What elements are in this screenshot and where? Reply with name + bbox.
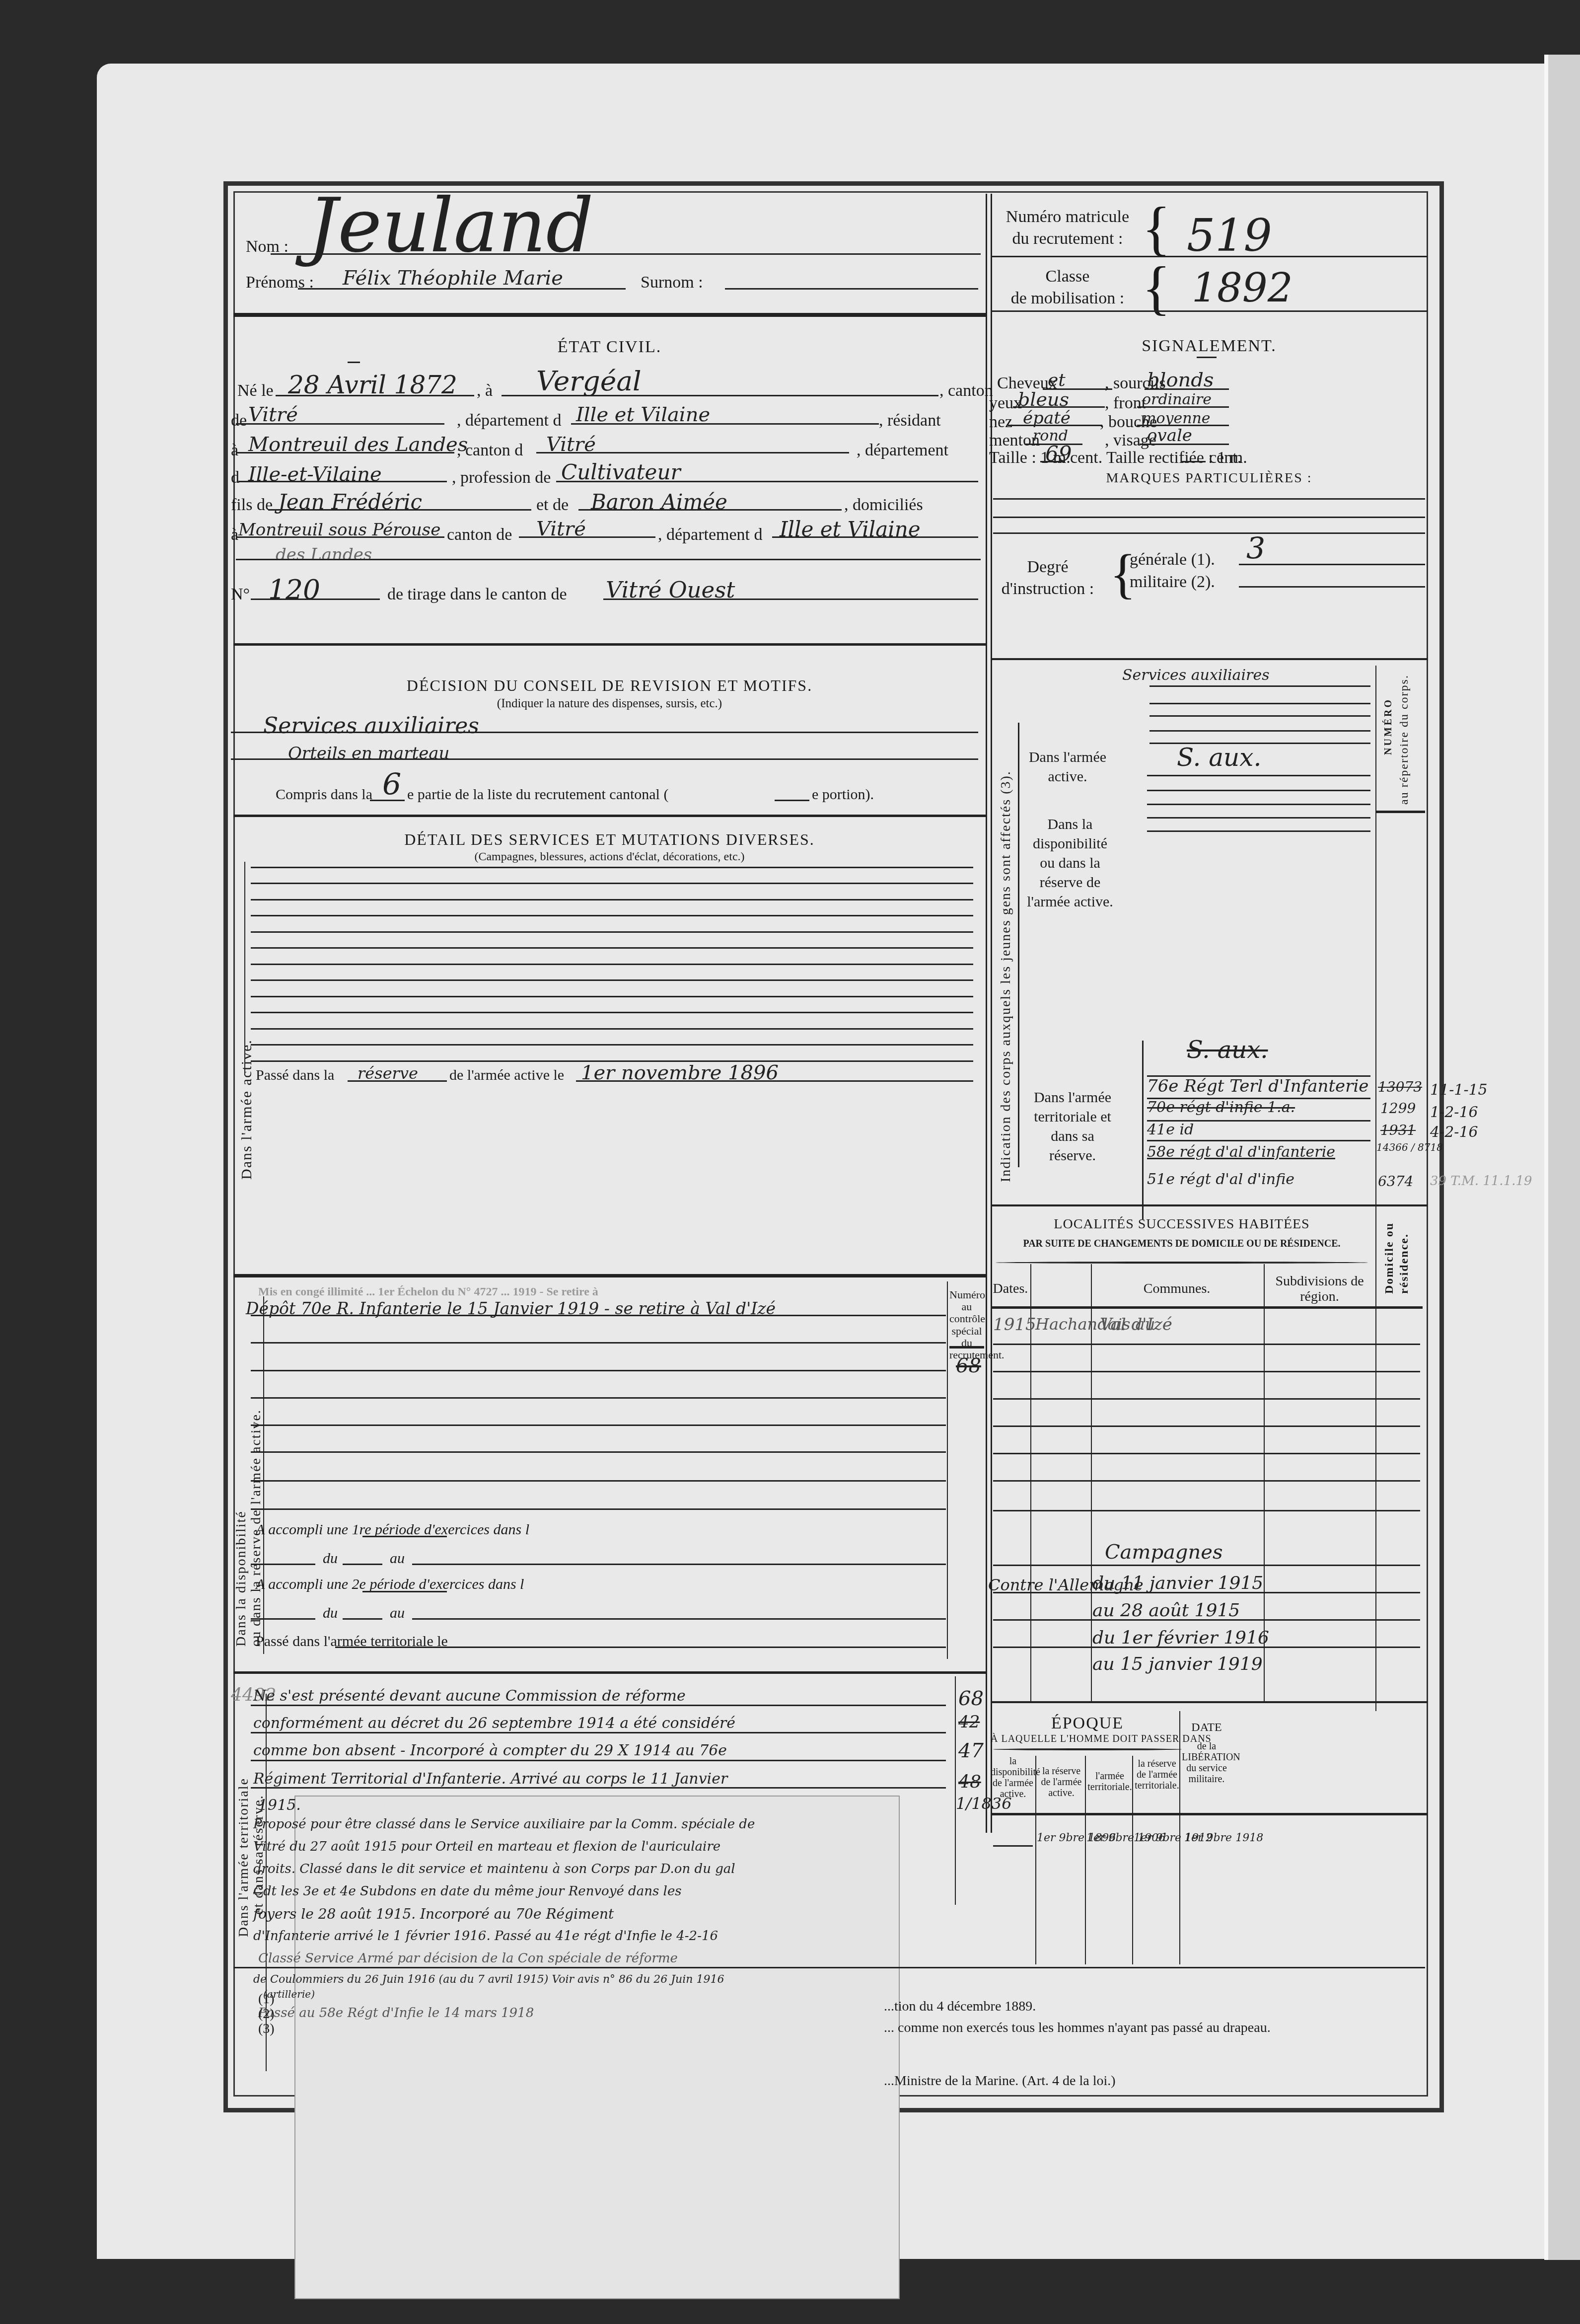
localites-line [993,1480,1420,1482]
epoque-col-territoriale: l'armée territoriale. [1087,1771,1132,1793]
domicile-canton-value: Vitré [536,519,586,539]
decision-line-1: Services auxiliaires [263,715,479,737]
territoriale-line: 1915. [258,1798,301,1813]
portion-line [775,800,809,801]
corps-territoriale-row: 41e id [1147,1123,1194,1137]
matricule-divider [991,256,1428,257]
nez-value: épaté [1023,410,1071,427]
surnom-field-line [725,288,978,290]
disponibilite-line [251,1451,946,1453]
epoque-col-disponibilite: la disponibilité de l'armée active. [991,1756,1035,1799]
domicile-value: Montreuil sous Pérouse [238,522,440,538]
etat-civil-rule [236,559,981,560]
a-label: , à [477,382,493,399]
profession-value: Cultivateur [561,462,681,483]
disponibilite-line [251,1397,946,1399]
sourcils-value: blonds [1147,370,1214,390]
corps-dispo-line [1147,804,1370,805]
disponibilite-line [251,1508,946,1510]
corps-territoriale-label: Dans l'armée territoriale et dans sa rés… [1028,1088,1117,1165]
detail-line [251,915,973,916]
territoriale-line: de Coulommiers du 26 Juin 1916 (au du 7 … [253,1974,724,1985]
decision-divider [233,815,986,817]
yeux-label: yeux [989,395,1022,412]
corps-active-value: Services auxiliaires [1122,668,1270,683]
territoriale-rule [251,1787,946,1789]
corps-territoriale-row: S. aux. [1187,1038,1268,1062]
footnote-rule [233,1967,1425,1968]
territoriale-line: Classé Service Armé par décision de la C… [258,1952,678,1965]
residant-label: , résidant [879,412,941,429]
departement-label-2: , département [857,442,948,459]
territoriale-rule [251,1705,946,1706]
brace: { [1142,258,1171,318]
localites-header-rule [991,1306,1423,1309]
territoriale-side-label-1: Dans l'armée territoriale [236,1778,252,1937]
canton-value: Vitré [248,405,298,425]
periode1-au-line [412,1564,946,1565]
disponibilite-divider [233,1671,986,1674]
detail-line [251,1028,973,1030]
corps-active-line [1149,730,1370,732]
passe-suffix: de l'armée active le [449,1068,564,1083]
territoriale-numero: 47 [958,1741,984,1761]
localites-line [993,1565,1420,1566]
corps-active-line [1149,715,1370,717]
detail-line [251,867,973,868]
territoriale-line: foyers le 28 août 1915. Incorporé au 70e… [253,1907,614,1921]
departement-label: , département d [457,412,562,429]
numero-repertoire-header-2: au répertoire du corps. [1398,675,1411,805]
disponibilite-line [251,1342,946,1344]
corps-bracket [1018,723,1019,1167]
fils-de-label: fils de [231,497,273,514]
epoque-col-divider [1132,1756,1133,1964]
corps-disponibilite-value: S. aux. [1177,745,1261,770]
ne-le-label: Né le [237,382,274,399]
passe-territoriale-line [335,1647,946,1648]
au-label-2: au [390,1606,405,1621]
liberation-title: DATE [1182,1721,1231,1734]
section-divider [233,643,986,646]
territoriale-numero: 48 [958,1773,981,1791]
tirage-no-value: 120 [268,576,320,603]
liberation-subtitle: de la LIBÉRATION du service militaire. [1182,1741,1231,1785]
detail-line [251,931,973,933]
visage-value: ovale [1147,427,1192,444]
epoque-col-reserve-active: la réserve de l'armée active. [1038,1766,1085,1799]
epoque-header-rule [991,1813,1428,1815]
domicile-correction: des Landes [276,546,372,563]
militaire-label: militaire (2). [1130,574,1215,591]
title-rule [1197,357,1217,358]
localites-col-subdivisions: Subdivisions de région. [1266,1274,1373,1305]
front-label: , front [1105,395,1146,412]
corps-territoriale-date: 1-2-16 [1430,1105,1478,1120]
compris-value: 6 [382,770,401,800]
numero-header-rule [949,1346,984,1349]
disponibilite-side-bracket [263,1296,264,1654]
instruction-label: Degré d'instruction : [998,556,1097,600]
front-value: ordinaire [1142,392,1212,407]
faded-stamp: Mis en congé illimité ... 1er Échelon du… [258,1285,598,1298]
passe-label: Passé dans la [256,1068,334,1083]
brace: { [1142,199,1171,258]
localites-col-communes: Communes. [1092,1281,1261,1297]
territoriale-numero: 68 [958,1689,984,1709]
passe-date: 1er novembre 1896 [581,1063,779,1083]
localites-side-label-1: Domicile ou [1383,1222,1396,1294]
territoriale-line: Proposé pour être classé dans le Service… [253,1818,755,1831]
instruction-label-line-1: Degré [998,556,1097,578]
decision-subtitle: (Indiquer la nature des dispenses, sursi… [233,697,986,711]
corps-dispo-line [1147,775,1370,776]
corps-divider [991,1204,1428,1206]
localites-title: LOCALITÉS SUCCESSIVES HABITÉES [991,1217,1373,1232]
tirage-no-label: N° [231,586,250,603]
portion-label: e portion). [812,787,874,802]
classe-label: Classe de mobilisation : [993,266,1142,309]
classe-value: 1892 [1192,268,1293,308]
signalement-title: SIGNALEMENT. [991,337,1428,356]
disponibilite-side-label-1: Dans la disponibilité [233,1510,249,1647]
et-de-label: et de [536,497,569,514]
header-divider [233,313,986,317]
detail-line [251,964,973,965]
passe-value: réserve [358,1065,418,1081]
territoriale-line: conformément au décret du 26 septembre 1… [253,1716,735,1731]
generale-label: générale (1). [1130,551,1215,568]
detail-subtitle: (Campagnes, blessures, actions d'éclat, … [233,850,986,863]
corps-territoriale-numero: 13073 [1378,1080,1422,1094]
territoriale-line: Vitré du 27 août 1915 pour Orteil en mar… [253,1840,720,1853]
territoriale-line: Ne s'est présenté devant aucune Commissi… [253,1689,686,1704]
numero-controle-header: Numéro au contrôle spécial du recrutemen… [949,1289,984,1361]
detail-line [251,979,973,981]
cheveux-value: et [1048,372,1066,389]
corps-territoriale-row: 76e Régt Terl d'Infanterie [1147,1078,1368,1095]
corps-active-line [1149,703,1370,704]
d-label: d [231,469,239,486]
matricule-label: Numéro matricule du recrutement : [993,206,1142,250]
profession-label: , profession de [452,469,551,486]
corps-territoriale-numero: 14366 / 8718 [1376,1142,1443,1152]
territoriale-line: Passé au 58e Régt d'Infie le 14 mars 191… [258,2007,534,2020]
epoque-col-reserve-territoriale: la réserve de l'armée territoriale. [1135,1758,1179,1791]
corps-disponibilite-label: Dans la disponibilité ou dans la réserve… [1025,815,1115,911]
residant-departement-value: Ille-et-Vilaine [248,464,382,484]
residant-value: Montreuil des Landes [248,435,468,454]
campagnes-title: Campagnes [1105,1542,1222,1562]
campagnes-period: au 28 août 1915 [1092,1602,1240,1620]
footnote-1: ...tion du 4 décembre 1889. [884,1999,1036,2015]
corps-territoriale-date: 11-1-15 [1430,1083,1488,1098]
decision-rule-2 [231,758,978,760]
marques-line-3 [993,532,1425,534]
taille-value: 69 [1045,444,1072,464]
classe-divider [991,310,1428,312]
de-label: de [231,412,247,429]
localites-brace [996,1262,1368,1264]
disponibilite-line [251,1370,946,1371]
corps-territoriale-brace [1142,1041,1144,1219]
localites-row-subdivision: Val d'Izé [1100,1316,1172,1333]
corps-dispo-line [1147,817,1370,819]
corps-active-label: Dans l'armée active. [1028,748,1107,786]
corps-territoriale-numero: 1931 [1380,1124,1416,1137]
territoriale-line: comme bon absent - Incorporé à compter d… [253,1743,727,1758]
territoriale-numero-divider [955,1676,956,1905]
epoque-col-divider [1035,1756,1036,1964]
instruction-label-line-2: d'instruction : [998,578,1097,600]
canton-label: , canton [939,382,993,399]
localites-line [993,1371,1420,1372]
footnote-2: ... comme non exercés tous les hommes n'… [884,2021,1271,2036]
detail-line [251,996,973,997]
epoque-empty-line [993,1845,1033,1847]
etat-civil-title: ÉTAT CIVIL. [233,338,986,357]
territoriale-rule [251,1760,946,1761]
domicilies-label: , domiciliés [844,497,923,514]
marques-line-2 [993,517,1425,518]
generale-line [1239,564,1425,565]
matricule-label-line-1: Numéro matricule [993,206,1142,228]
matricule-label-line-2: du recrutement : [993,228,1142,250]
classe-label-line-2: de mobilisation : [993,288,1142,309]
corps-territoriale-row: 51e régt d'al d'infie [1147,1172,1294,1187]
periode1-line [362,1536,447,1537]
du-label: du [323,1551,338,1566]
residant-a-label: à [231,442,238,459]
localites-divider [991,1701,1428,1703]
disponibilite-line [251,1480,946,1482]
numero-column-divider [947,1281,948,1659]
domicile-canton-label: canton de [447,526,512,543]
bouche-value: moyenne [1142,411,1211,426]
corps-territoriale-row: 58e régt d'al d'infanterie [1147,1145,1335,1160]
numero-repertoire-header-1: NUMÉRO [1383,698,1394,755]
footnote-1-mark: (1) [258,1992,275,2007]
periode2-du-line [343,1618,382,1620]
periode1-label: A accompli une 1re période d'exercices d… [256,1522,529,1537]
column-divider [986,194,987,1833]
localites-line [993,1425,1420,1427]
footnote-3: ...Ministre de la Marine. (Art. 4 de la … [884,2074,1116,2089]
detail-line [251,1012,973,1013]
detail-line [251,899,973,900]
disponibilite-line [251,1424,946,1426]
detail-divider [233,1274,986,1277]
localites-row-date: 1915 [993,1316,1036,1333]
prenoms-value: Félix Théophile Marie [343,268,563,288]
mere-value: Baron Aimée [591,492,727,513]
territoriale-line: Régiment Territorial d'Infanterie. Arriv… [253,1772,727,1787]
localites-subtitle: PAR SUITE DE CHANGEMENTS DE DOMICILE OU … [991,1238,1373,1249]
numero-header-rule [1375,811,1425,813]
localites-line [993,1398,1420,1400]
ne-le-value: 28 Avril 1872 [288,373,457,397]
nez-label: nez [989,414,1012,431]
corps-dispo-line [1147,830,1370,832]
periode2-au-line [412,1618,946,1620]
marques-line-1 [993,498,1425,500]
tirage-canton-value: Vitré Ouest [606,579,735,601]
au-label: au [390,1551,405,1566]
territoriale-numero: 42 [958,1714,980,1730]
campagnes-period: au 15 janvier 1919 [1092,1655,1263,1673]
periode1-du-line [343,1564,382,1565]
classe-label-line-1: Classe [993,266,1142,288]
domicile-departement-label: , département d [658,526,763,543]
corps-territoriale-numero: 1299 [1380,1102,1416,1116]
footnote-3-mark: (3) [258,2022,275,2037]
departement-value: Ille et Vilaine [576,405,710,425]
detail-line [251,947,973,949]
militaire-line [1239,586,1425,588]
yeux-value: bleus [1018,390,1069,409]
detail-line [251,883,973,884]
domicile-departement-value: Ille et Vilaine [780,519,921,540]
epoque-title: ÉPOQUE [991,1715,1184,1732]
lieu-naissance-value: Vergéal [536,368,642,395]
epoque-col-divider [1085,1756,1086,1964]
periode2-line [362,1591,447,1592]
liberation-value: 1er 9bre 1918 [1184,1833,1263,1844]
corps-territoriale-numero: 6374 [1378,1175,1413,1189]
canton-d-label: , canton d [457,442,523,459]
corps-territoriale-date: 4-2-16 [1430,1125,1478,1140]
surnom-label: Surnom : [641,274,703,291]
corps-territoriale-date: 39 T.M. 11.1.19 [1430,1175,1532,1188]
corps-territoriale-line [1147,1140,1370,1141]
disponibilite-line [251,1315,946,1316]
taille-rectifiee-line [1181,461,1206,462]
generale-value: 3 [1246,534,1265,564]
territoriale-line: d'Infanterie arrivé le 1 février 1916. P… [253,1930,718,1943]
periode2-label: A accompli une 2e période d'exercices da… [256,1577,524,1592]
numero-controle-value: 68 [956,1356,981,1376]
nom-label: Nom : [246,238,288,255]
detail-line [251,1044,973,1046]
epoque-subtitle: À LAQUELLE L'HOMME DOIT PASSER DANS [991,1733,1184,1744]
decision-title: DÉCISION DU CONSEIL DE REVISION ET MOTIF… [233,676,986,695]
signalement-divider [991,658,1428,660]
tirage-label: de tirage dans le canton de [387,586,567,603]
campagnes-period: du 11 janvier 1915 [1092,1574,1263,1592]
footnote-2-mark: (2) [258,2007,275,2022]
localites-side-label-2: résidence. [1398,1233,1411,1294]
detail-title: DÉTAIL DES SERVICES ET MUTATIONS DIVERSE… [233,830,986,849]
marques-title: MARQUES PARTICULIÈRES : [991,471,1428,486]
corps-vertical-label: Indication des corps auxquels les jeunes… [998,770,1014,1182]
decision-rule-1 [231,732,978,733]
territoriale-rule [251,1732,946,1733]
epoque-brace [993,1748,1182,1750]
corps-dispo-line [1147,790,1370,791]
residant-canton-value: Vitré [546,435,596,454]
compris-label: Compris dans la [276,787,372,802]
domicile-a-label: à [231,526,238,543]
localites-col-divider [1375,1214,1376,1711]
pere-value: Jean Frédéric [278,492,422,513]
localites-line [993,1344,1420,1345]
localites-line [993,1510,1420,1511]
title-rule [348,362,360,363]
detail-side-bracket [244,862,245,1075]
periode2-du-line-a [251,1618,315,1620]
nom-value: Jeuland [308,189,594,263]
matricule-value: 519 [1187,214,1272,258]
adjacent-page-edge [1544,55,1580,2260]
compris-suffix: e partie de la liste du recrutement cant… [407,787,668,802]
localites-col-dates: Dates. [991,1281,1030,1297]
territoriale-line: Cdt les 3e et 4e Subdons en date du même… [253,1885,682,1898]
taille-cent-label-2: cent. [1209,450,1241,466]
du-label-2: du [323,1606,338,1621]
campagnes-period: du 1er février 1916 [1092,1629,1269,1647]
corps-territoriale-row: 70e régt d'infie 1.a. [1147,1100,1295,1115]
territoriale-line: droits. Classé dans le dit service et ma… [253,1863,735,1875]
periode1-du-line-a [251,1564,315,1565]
corps-active-line [1149,685,1370,687]
localites-line [993,1453,1420,1454]
menton-label: menton [989,432,1040,449]
